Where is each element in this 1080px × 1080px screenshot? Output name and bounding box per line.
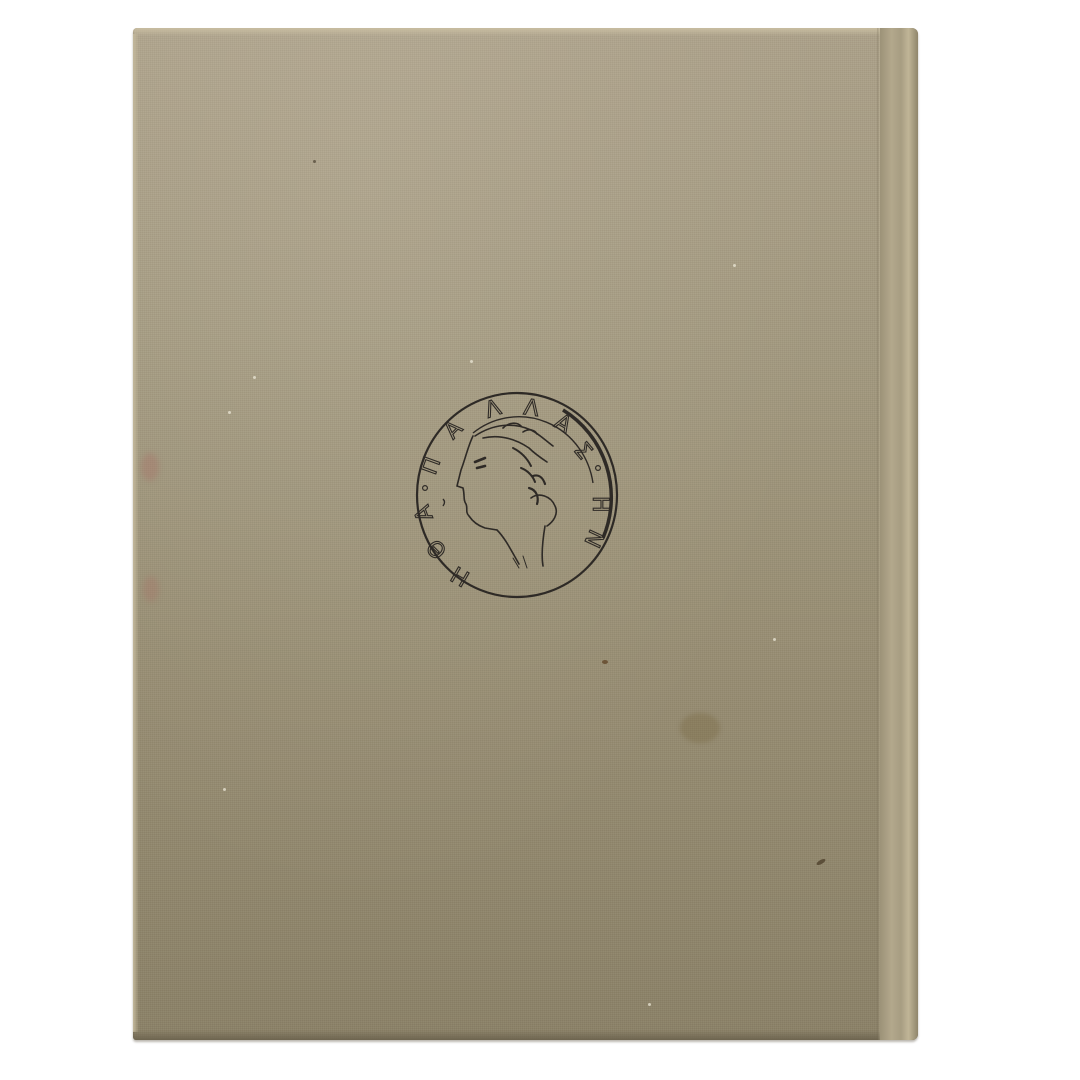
stain-dot — [602, 660, 608, 664]
svg-text:Η: Η — [587, 496, 612, 513]
cover-top-edge — [133, 28, 888, 36]
wear-speck — [773, 638, 776, 641]
cover-bottom-edge — [133, 1030, 918, 1040]
svg-text:Α: Α — [440, 416, 468, 444]
wear-speck — [223, 788, 226, 791]
svg-text:Ν: Ν — [579, 525, 609, 550]
svg-text:Π: Π — [417, 454, 446, 478]
svg-text:Α: Α — [550, 410, 576, 439]
athena-profile — [457, 423, 556, 568]
stain-mark — [816, 858, 827, 866]
wear-speck — [648, 1003, 651, 1006]
svg-text:Λ: Λ — [522, 395, 540, 422]
book-spine — [880, 28, 918, 1040]
svg-text:Α: Α — [410, 502, 439, 525]
stain-mark — [143, 576, 159, 602]
photo-stage: Π Α Λ Λ Α Σ Η Ν Α Θ Η — [0, 0, 1080, 1080]
coin-icon: Π Α Λ Λ Α Σ Η Ν Α Θ Η — [413, 388, 623, 603]
water-stain — [680, 713, 720, 743]
athena-coin-emblem: Π Α Λ Λ Α Σ Η Ν Α Θ Η — [413, 388, 623, 603]
svg-text:Σ: Σ — [568, 438, 596, 465]
wear-speck — [470, 360, 473, 363]
svg-text:Λ: Λ — [482, 395, 504, 423]
wear-speck — [733, 264, 736, 267]
stain-dot — [313, 160, 316, 163]
wear-speck — [228, 411, 231, 414]
wear-speck — [253, 376, 256, 379]
stain-mark — [141, 453, 159, 481]
book-back-cover: Π Α Λ Λ Α Σ Η Ν Α Θ Η — [133, 28, 918, 1040]
cover-left-edge — [133, 34, 139, 1032]
